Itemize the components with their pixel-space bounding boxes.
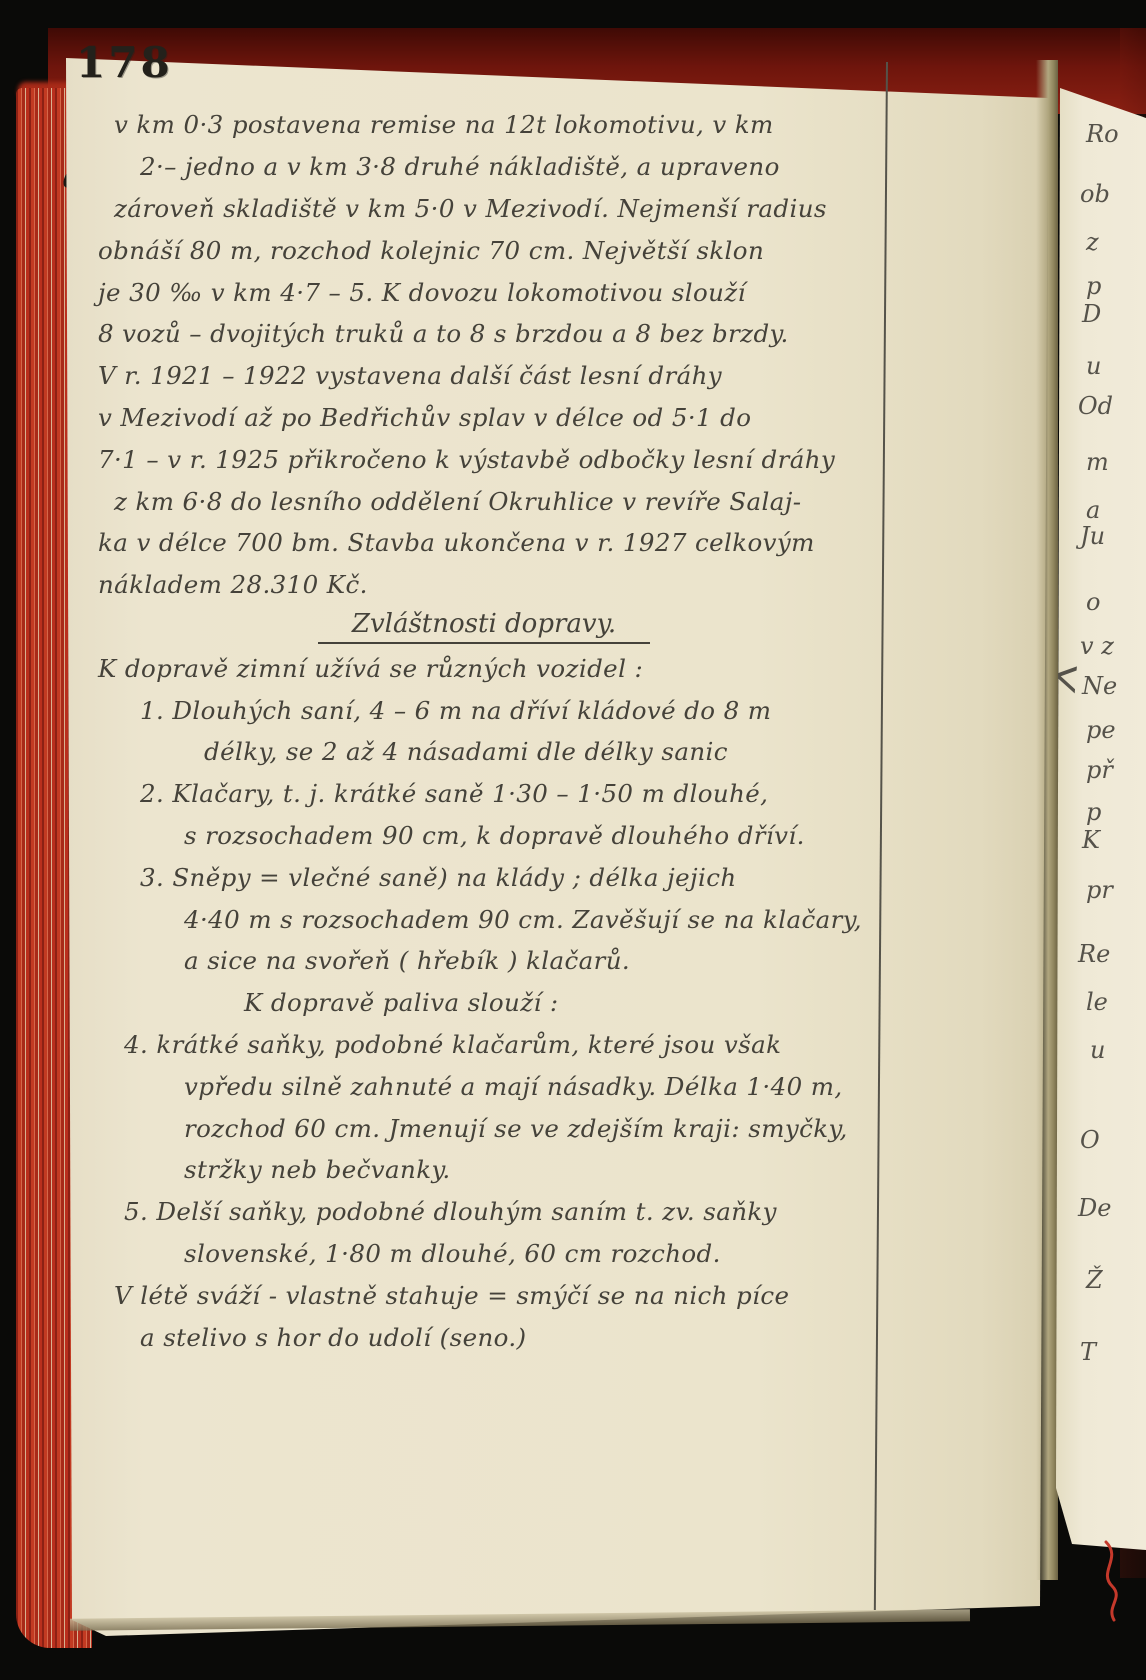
manuscript-line: 8 vozů – dvojitých truků a to 8 s brzdou… [96, 313, 872, 355]
right-page-fragment: z [1086, 228, 1099, 256]
manuscript-line list-item: 5. Delší saňky, podobné dlouhým saním t.… [96, 1191, 872, 1233]
manuscript-line: zároveň skladiště v km 5·0 v Mezivodí. N… [96, 188, 872, 230]
right-page-fragment: D [1082, 300, 1101, 328]
manuscript-line list-item: 4. krátké saňky, podobné klačarům, které… [96, 1024, 872, 1066]
right-page-fragment: př [1086, 756, 1113, 784]
manuscript-line: v Mezivodí až po Bedřichův splav v délce… [96, 397, 872, 439]
right-page-fragment: le [1086, 988, 1108, 1016]
manuscript-line: ka v délce 700 bm. Stavba ukončena v r. … [96, 522, 872, 564]
manuscript-line list-item: 3. Sněpy = vlečné saně) na klády ; délka… [96, 856, 872, 898]
right-page-fragment: u [1086, 352, 1101, 380]
manuscript-line: slovenské, 1·80 m dlouhé, 60 cm rozchod. [96, 1233, 872, 1275]
page-number: 178 [76, 38, 173, 87]
manuscript-line: s rozsochadem 90 cm, k dopravě dlouhého … [96, 815, 872, 857]
right-page-fragment: T [1080, 1338, 1096, 1366]
manuscript-line: nákladem 28.310 Kč. [96, 564, 872, 606]
manuscript-line: vpředu silně zahnuté a mají násadky. Dél… [96, 1065, 872, 1107]
photographed-book-spread: 178 v km 0·3 postavena remise na 12t lok… [0, 0, 1146, 1680]
manuscript-line: 4·40 m s rozsochadem 90 cm. Zavěšují se … [96, 898, 872, 940]
manuscript-line: z km 6·8 do lesního oddělení Okruhlice v… [96, 480, 872, 522]
manuscript-text-block: v km 0·3 postavena remise na 12t lokomot… [96, 104, 872, 1358]
right-page-fragment: Ro [1086, 120, 1119, 148]
right-page-fragment: p [1086, 272, 1101, 300]
manuscript-line: a sice na svořeň ( hřebík ) klačarů. [96, 940, 872, 982]
right-page-fragment: Re [1078, 940, 1110, 968]
right-page-fragment: m [1086, 448, 1109, 476]
manuscript-line: V létě sváží - vlastně stahuje = smýčí s… [96, 1274, 872, 1316]
right-page-fragment: pr [1086, 876, 1113, 904]
right-page-fragment: Ž [1086, 1266, 1103, 1294]
right-page-fragment: p [1086, 798, 1101, 826]
right-page-fragment: Od [1078, 392, 1113, 420]
right-page-fragment: u [1090, 1036, 1105, 1064]
manuscript-line: 7·1 – v r. 1925 přikročeno k výstavbě od… [96, 438, 872, 480]
manuscript-line list-item: 1. Dlouhých saní, 4 – 6 m na dříví kládo… [96, 689, 872, 731]
manuscript-line: 2·– jedno a v km 3·8 druhé nákladiště, a… [96, 146, 872, 188]
right-page-fragment: O [1080, 1126, 1100, 1154]
section-heading-text: Zvláštnosti dopravy. [318, 609, 650, 644]
manuscript-line list-item: 2. Klačary, t. j. krátké saně 1·30 – 1·5… [96, 773, 872, 815]
right-page-fragment: Ne [1082, 672, 1117, 700]
next-page-sliver: Ro ob z p D u Od m a Ju o v z Ne pe př p… [1056, 88, 1146, 1550]
manuscript-line: a stelivo s hor do udolí (seno.) [96, 1316, 872, 1358]
page-gutter-shadow [1036, 60, 1058, 1580]
manuscript-line subheading: K dopravě paliva slouží : [96, 982, 872, 1024]
manuscript-line: obnáší 80 m, rozchod kolejnic 70 cm. Nej… [96, 229, 872, 271]
red-thread [1092, 1540, 1142, 1622]
manuscript-line: stržky neb bečvanky. [96, 1149, 872, 1191]
manuscript-line: rozchod 60 cm. Jmenují se ve zdejším kra… [96, 1107, 872, 1149]
right-page-fragment: o [1086, 588, 1100, 616]
section-heading: Zvláštnosti dopravy. [96, 606, 872, 648]
right-page-fragment: v z [1080, 632, 1114, 660]
manuscript-line: v km 0·3 postavena remise na 12t lokomot… [96, 104, 872, 146]
right-page-fragment: K [1082, 826, 1100, 854]
right-page-fragment: pe [1086, 716, 1116, 744]
right-page-fragment: a [1086, 496, 1100, 524]
right-page-fragment: Ju [1080, 522, 1105, 550]
right-page-fragment: De [1078, 1194, 1111, 1222]
manuscript-line: je 30 ‰ v km 4·7 – 5. K dovozu lokomotiv… [96, 271, 872, 313]
manuscript-line: K dopravě zimní užívá se různých vozidel… [96, 647, 872, 689]
manuscript-line: V r. 1921 – 1922 vystavena další část le… [96, 355, 872, 397]
right-page-fragment: ob [1080, 180, 1110, 208]
manuscript-line: délky, se 2 až 4 násadami dle délky sani… [96, 731, 872, 773]
